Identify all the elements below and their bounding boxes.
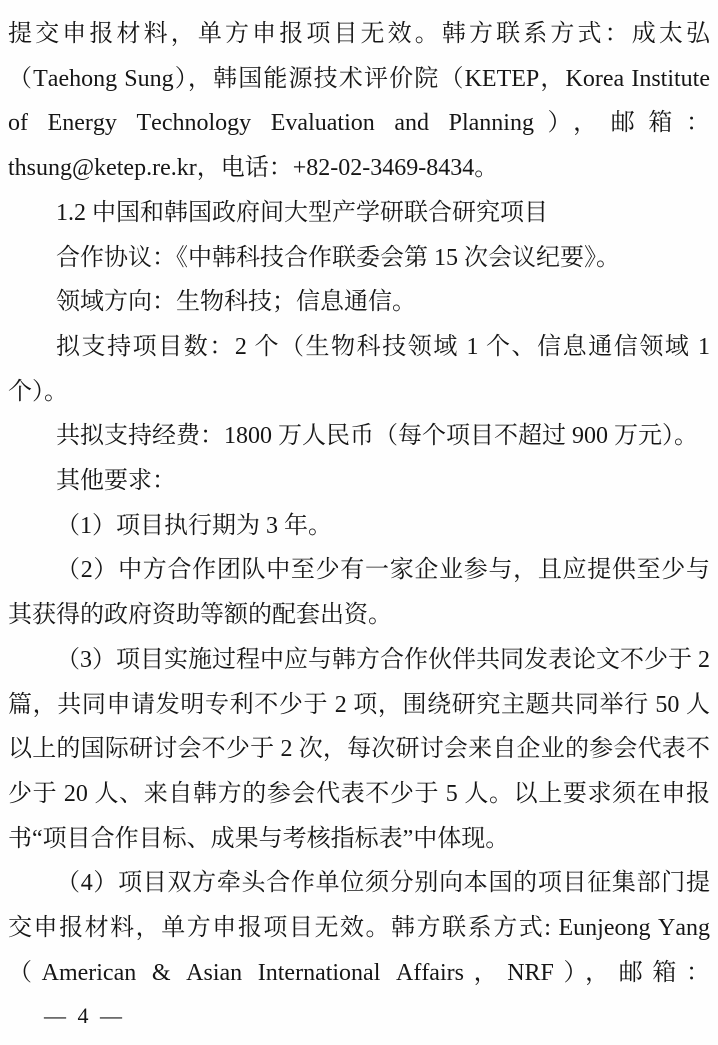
para-contact-ketep: 提交申报材料，单方申报项目无效。韩方联系方式：成太弘（Taehong Sung）… xyxy=(8,12,710,191)
para-req-2: （2）中方合作团队中至少有一家企业参与，且应提供至少与其获得的政府资助等额的配套… xyxy=(8,548,710,637)
para-req-3: （3）项目实施过程中应与韩方合作伙伴共同发表论文不少于 2 篇，共同申请发明专利… xyxy=(8,638,710,862)
document-body: 提交申报材料，单方申报项目无效。韩方联系方式：成太弘（Taehong Sung）… xyxy=(8,12,710,995)
para-section-1-2-heading: 1.2 中国和韩国政府间大型产学研联合研究项目 xyxy=(8,191,710,236)
para-project-count: 拟支持项目数：2 个（生物科技领域 1 个、信息通信领域 1 个）。 xyxy=(8,325,710,414)
para-req-4: （4）项目双方牵头合作单位须分别向本国的项目征集部门提交申报材料，单方申报项目无… xyxy=(8,861,710,995)
para-other-requirements: 其他要求： xyxy=(8,459,710,504)
para-req-1: （1）项目执行期为 3 年。 xyxy=(8,504,710,549)
document-page: 提交申报材料，单方申报项目无效。韩方联系方式：成太弘（Taehong Sung）… xyxy=(0,0,718,1045)
para-fields: 领域方向：生物科技；信息通信。 xyxy=(8,280,710,325)
para-funding: 共拟支持经费：1800 万人民币（每个项目不超过 900 万元）。 xyxy=(8,414,710,459)
page-number: — 4 — xyxy=(44,1001,125,1031)
para-agreement: 合作协议：《中韩科技合作联委会第 15 次会议纪要》。 xyxy=(8,236,710,281)
